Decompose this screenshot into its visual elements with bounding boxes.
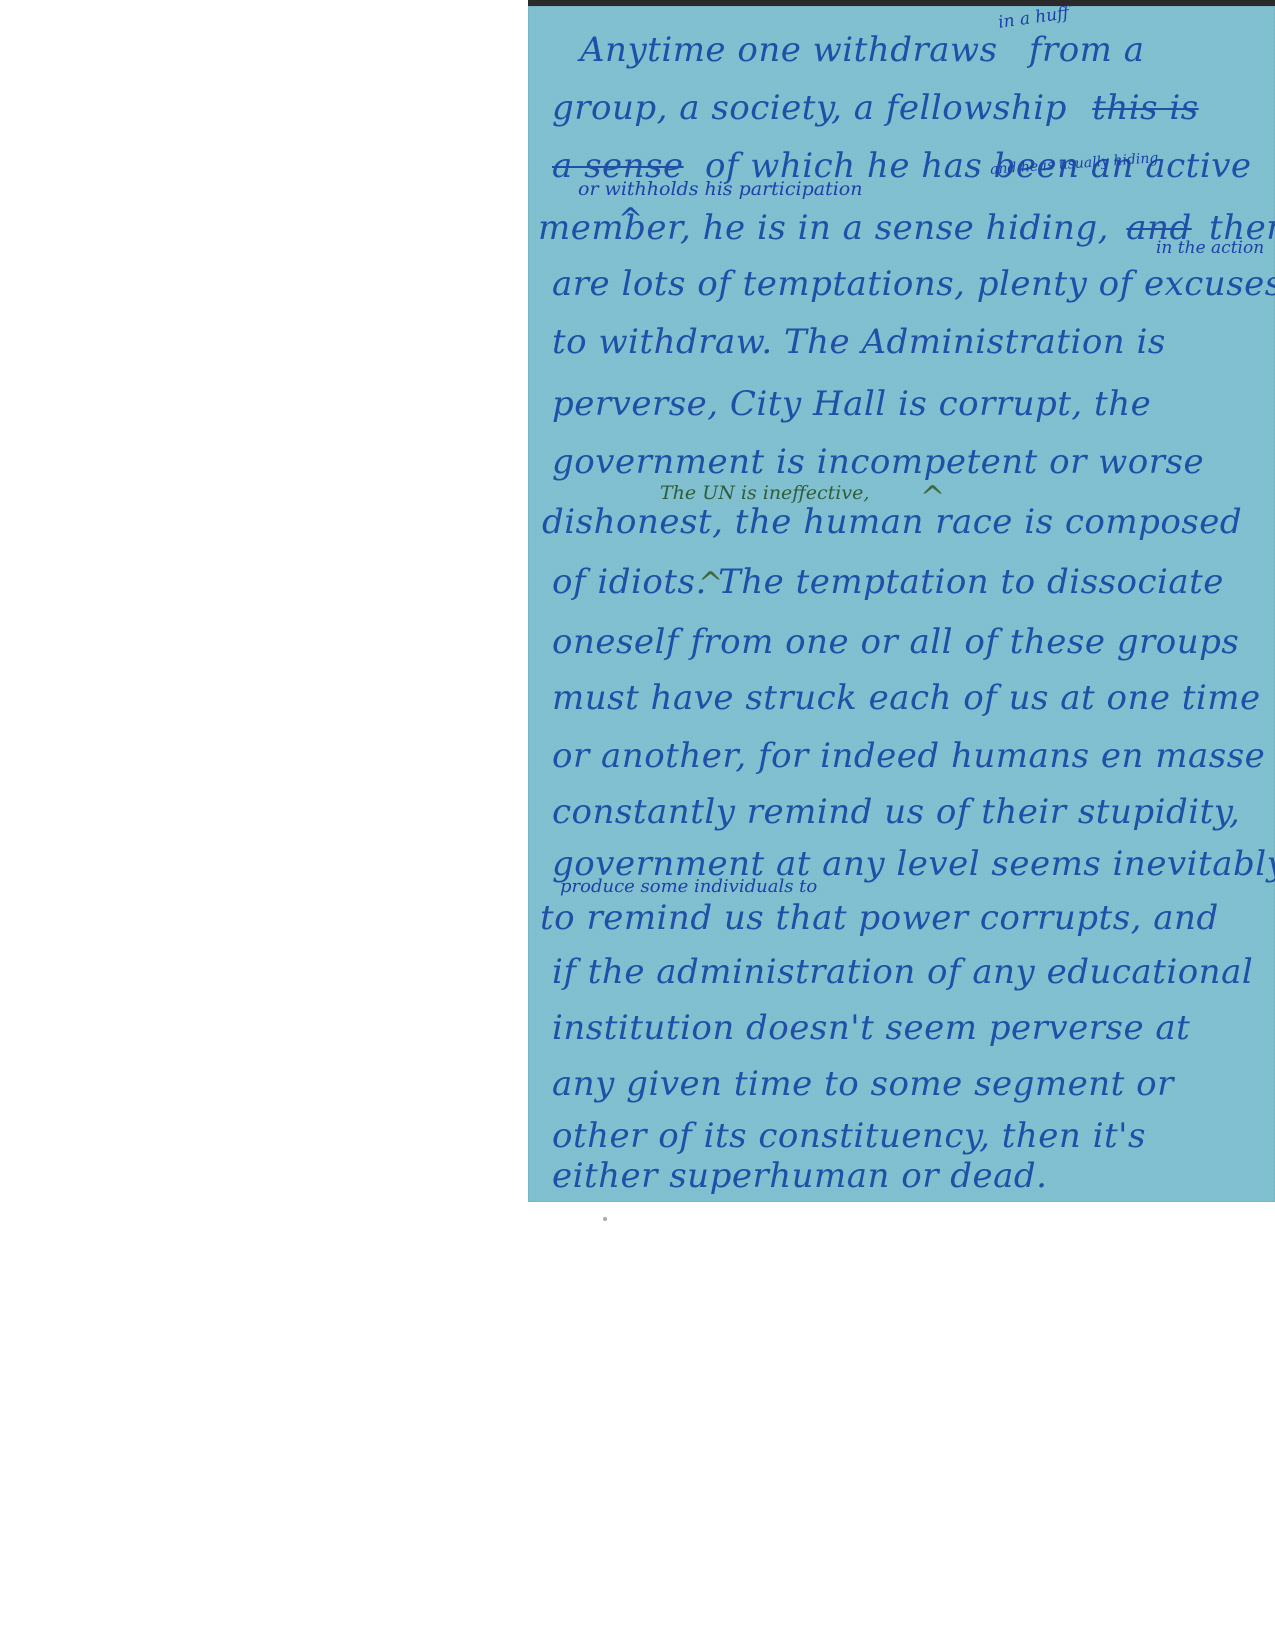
text-line-4: member, he is in a sense hiding, and the… (538, 208, 1258, 248)
text-line-5: are lots of temptations, plenty of excus… (552, 264, 1272, 304)
text-line-14: constantly remind us of their stupidity, (552, 792, 1272, 832)
text-line-16: to remind us that power corrupts, and (540, 898, 1260, 938)
text-line-1: Anytime one withdraws from a (580, 30, 1275, 70)
text-line-6: to withdraw. The Administration is (552, 322, 1272, 362)
text-line-7: perverse, City Hall is corrupt, the (552, 384, 1272, 424)
insertion-withholds: or withholds his participation (578, 178, 862, 200)
text-line-8: government is incompetent or worse (552, 442, 1272, 482)
text-line-18: institution doesn't seem perverse at (552, 1008, 1272, 1048)
text-line-10: of idiots. The temptation to dissociate (552, 562, 1272, 602)
text-line-19: any given time to some segment or (552, 1064, 1272, 1104)
line-1-text: Anytime one withdraws (580, 30, 998, 70)
text-line-20: other of its constituency, then it's (552, 1116, 1272, 1156)
text-line-2: group, a society, a fellowship this is (552, 88, 1272, 128)
insertion-in-a-huff: in a huff (997, 3, 1070, 33)
line-2-text: group, a society, a fellowship (552, 88, 1067, 128)
line-1-continuation: from a (1029, 30, 1145, 70)
text-line-17: if the administration of any educational (552, 952, 1272, 992)
line-2-struck: this is (1092, 88, 1199, 128)
line-4-text: member, he is in a sense hiding, (538, 208, 1109, 248)
manuscript-page: in a huff Anytime one withdraws from a g… (528, 6, 1275, 1202)
insertion-un-ineffective: The UN is ineffective, (660, 482, 869, 504)
scan-speck (603, 1217, 607, 1221)
text-line-12: must have struck each of us at one time (552, 678, 1272, 718)
insertion-in-the-action: in the action (1156, 238, 1264, 258)
text-line-13: or another, for indeed humans en masse (552, 736, 1272, 776)
text-line-11: oneself from one or all of these groups (552, 622, 1272, 662)
text-line-9: dishonest, the human race is composed (542, 502, 1262, 542)
text-line-21: either superhuman or dead. (552, 1156, 1272, 1196)
insertion-produce-individuals: produce some individuals to (560, 876, 817, 897)
